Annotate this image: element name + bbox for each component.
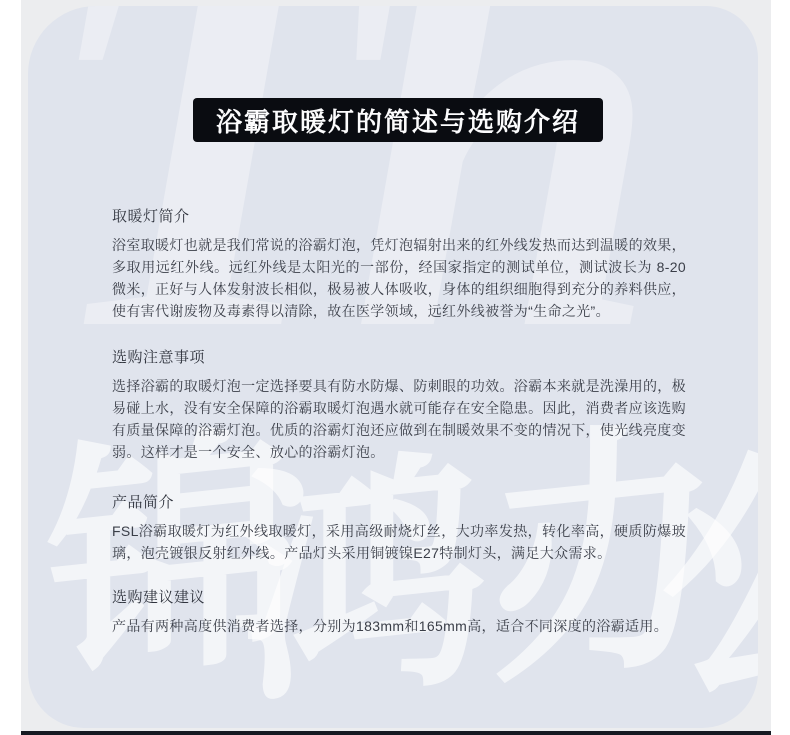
section-heading: 产品简介 (112, 492, 686, 514)
section-body: 产品有两种高度供消费者选择，分别为183mm和165mm高，适合不同深度的浴霸适… (112, 615, 686, 637)
section-body: 浴室取暖灯也就是我们常说的浴霸灯泡，凭灯泡辐射出来的红外线发热而达到温暖的效果，… (112, 234, 686, 322)
section-heading: 取暖灯简介 (112, 206, 686, 228)
title-banner: 浴霸取暖灯的简述与选购介绍 (193, 98, 603, 142)
section-product-intro: 产品简介 FSL浴霸取暖灯为红外线取暖灯，采用高级耐烧灯丝，大功率发热，转化率高… (112, 492, 686, 564)
section-body: 选择浴霸的取暖灯泡一定选择要具有防水防爆、防刺眼的功效。浴霸本来就是洗澡用的，极… (112, 375, 686, 463)
section-purchase-notes: 选购注意事项 选择浴霸的取暖灯泡一定选择要具有防水防爆、防刺眼的功效。浴霸本来就… (112, 347, 686, 463)
watermark-calligraphy-char: 公 (661, 430, 758, 719)
section-body: FSL浴霸取暖灯为红外线取暖灯，采用高级耐烧灯丝，大功率发热，转化率高，硬质防爆… (112, 520, 686, 564)
section-purchase-advice: 选购建议建议 产品有两种高度供消费者选择，分别为183mm和165mm高，适合不… (112, 587, 686, 637)
section-heading: 选购建议建议 (112, 587, 686, 609)
watermark-calligraphy-char: 鸿 (239, 444, 488, 722)
section-lamp-intro: 取暖灯简介 浴室取暖灯也就是我们常说的浴霸灯泡，凭灯泡辐射出来的红外线发热而达到… (112, 206, 686, 322)
product-description-page: { "header": { "title": "浴霸取暖灯的简述与选购介绍" }… (0, 0, 790, 735)
section-heading: 选购注意事项 (112, 347, 686, 369)
next-section-divider (21, 731, 771, 735)
page-title: 浴霸取暖灯的简述与选购介绍 (216, 102, 580, 139)
